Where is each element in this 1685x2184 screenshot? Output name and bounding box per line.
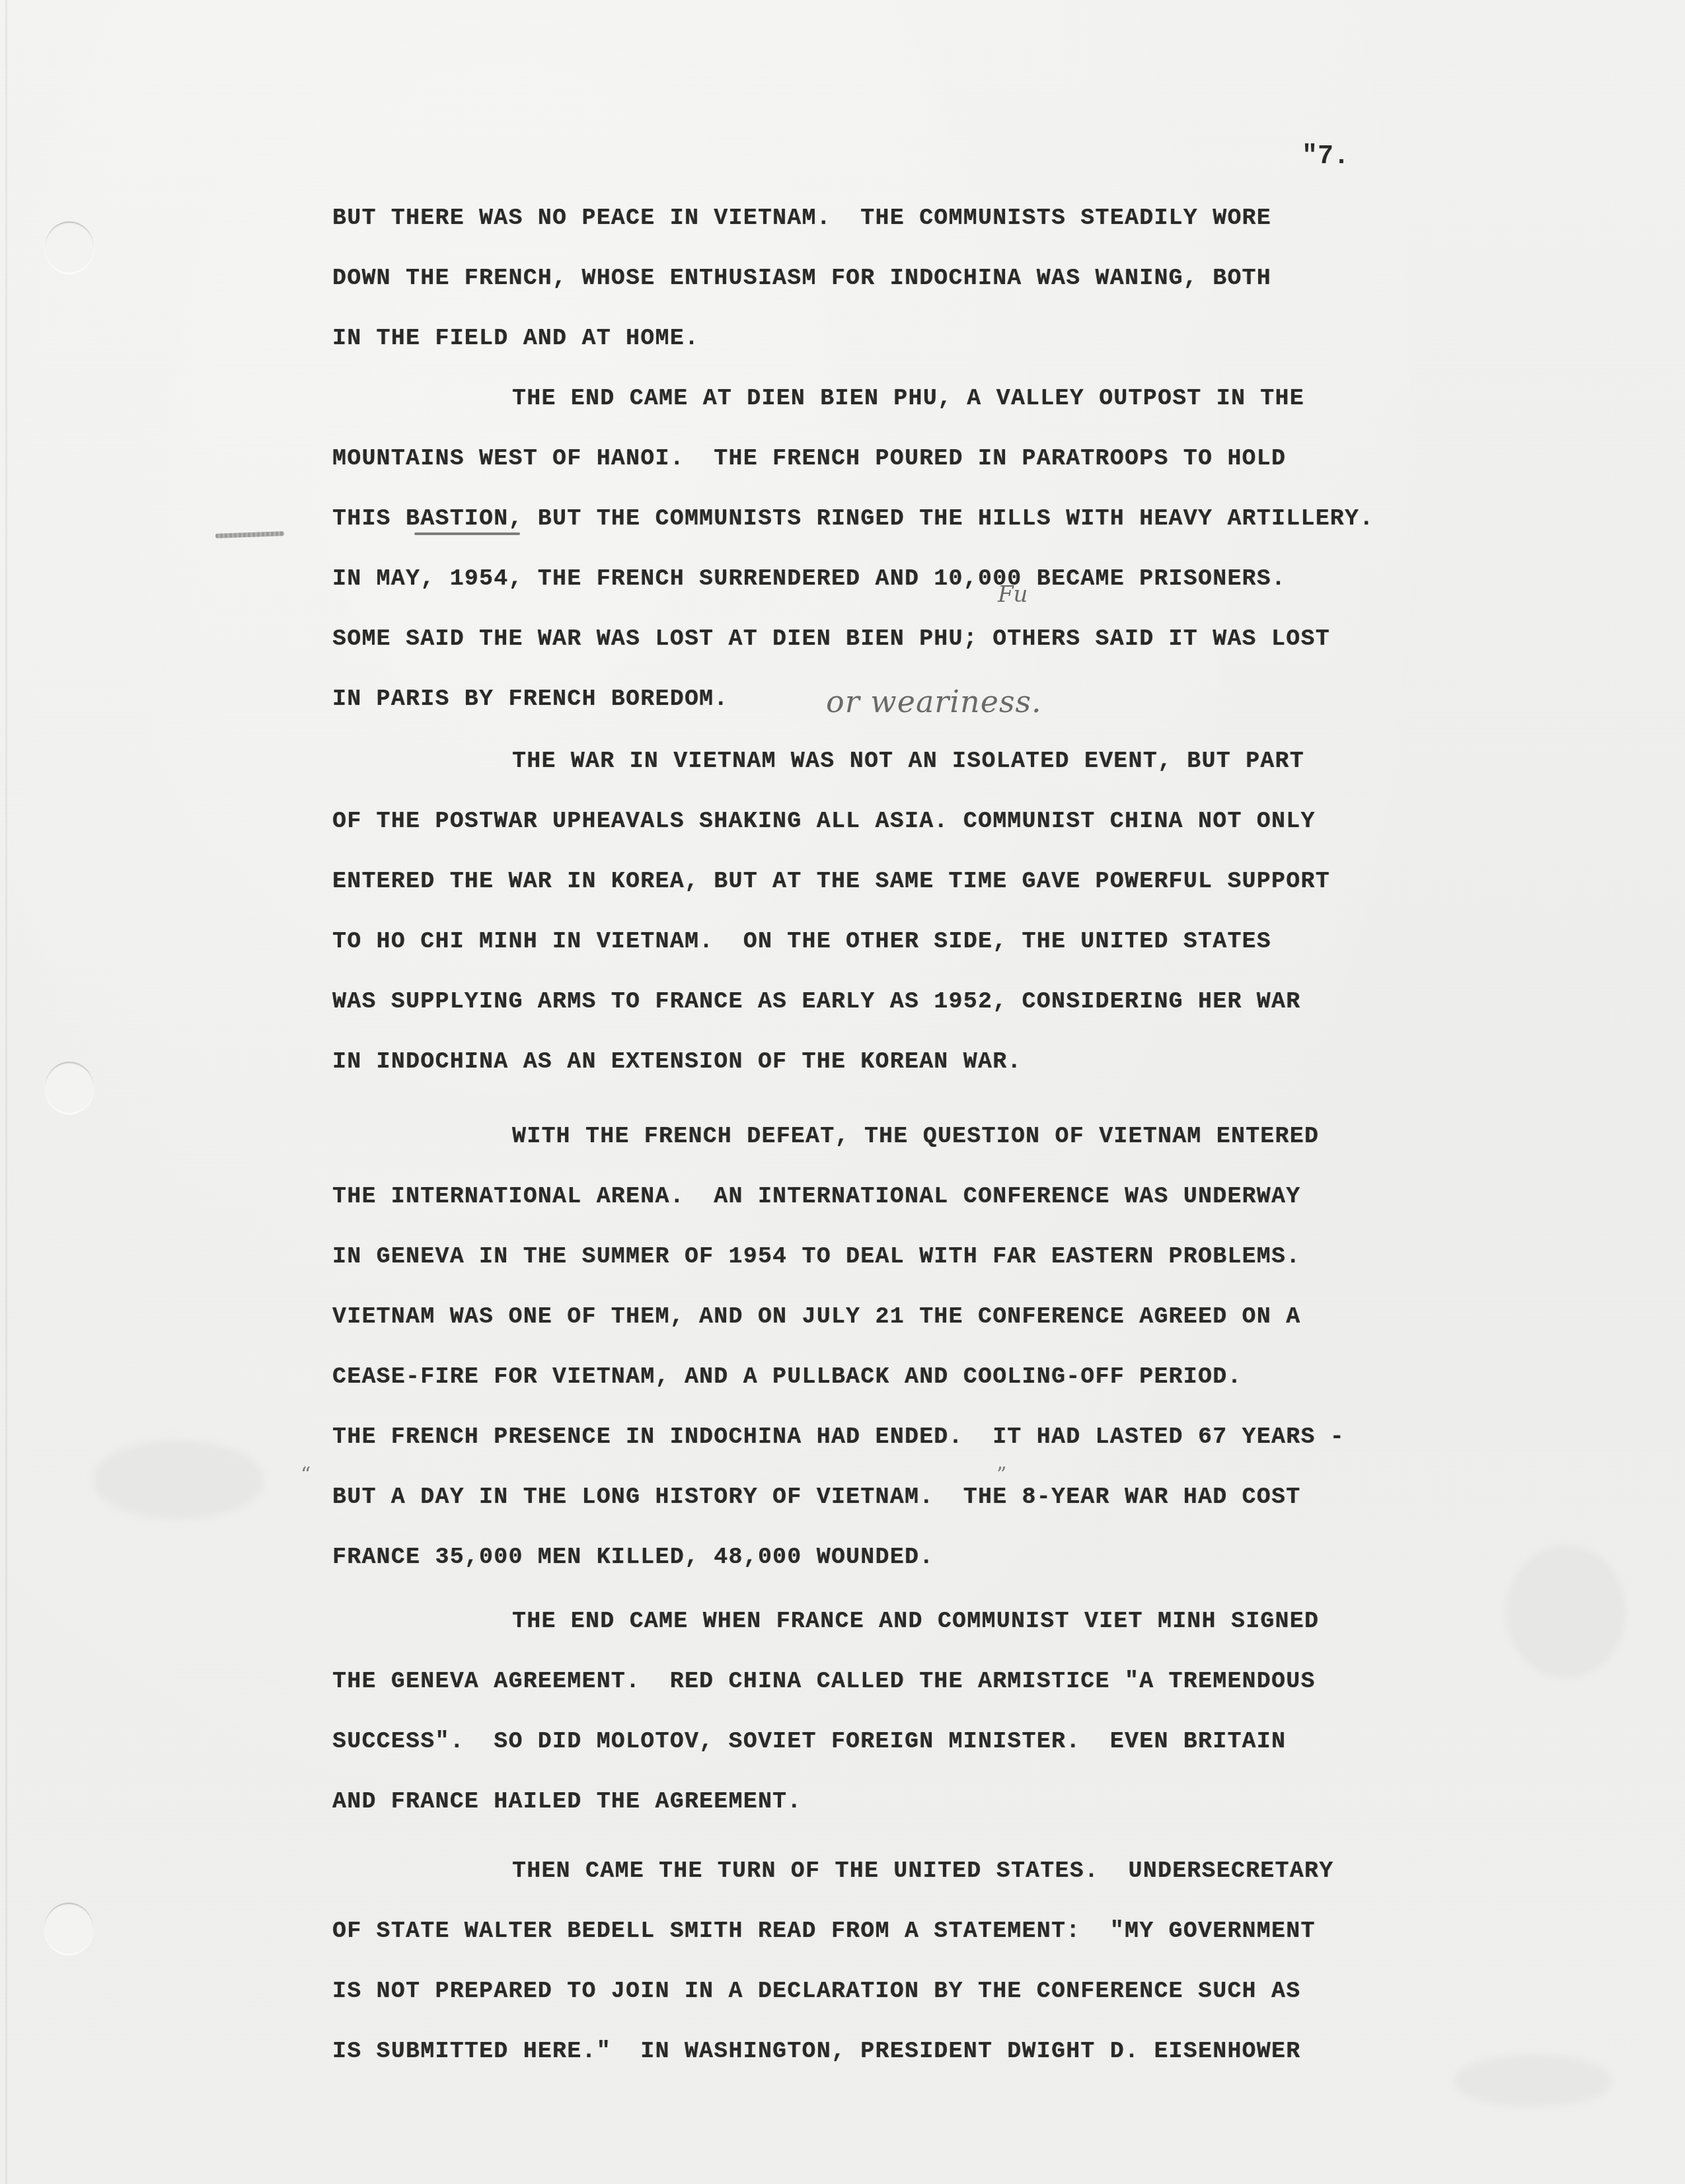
- text-line: IN INDOCHINA AS AN EXTENSION OF THE KORE…: [332, 1048, 1022, 1075]
- handwritten-correction-fu: Fu: [998, 581, 1028, 608]
- smudge: [1454, 2055, 1612, 2107]
- text-line: OF THE POSTWAR UPHEAVALS SHAKING ALL ASI…: [332, 808, 1316, 834]
- text-line: CEASE-FIRE FOR VIETNAM, AND A PULLBACK A…: [332, 1364, 1242, 1390]
- text-line: VIETNAM WAS ONE OF THEM, AND ON JULY 21 …: [332, 1303, 1300, 1330]
- text-line: BUT THERE WAS NO PEACE IN VIETNAM. THE C…: [332, 205, 1271, 231]
- text-line: THE WAR IN VIETNAM WAS NOT AN ISOLATED E…: [512, 748, 1304, 774]
- hole-punch-bottom: [44, 1903, 93, 1954]
- page-number: "7.: [1302, 142, 1349, 172]
- handwritten-open-quote: “: [301, 1463, 311, 1486]
- text-line: ENTERED THE WAR IN KOREA, BUT AT THE SAM…: [332, 868, 1330, 894]
- text-line: THEN CAME THE TURN OF THE UNITED STATES.…: [512, 1858, 1333, 1884]
- text-line: THE INTERNATIONAL ARENA. AN INTERNATIONA…: [332, 1183, 1300, 1210]
- margin-pencil-mark: [215, 531, 284, 538]
- text-line: IN GENEVA IN THE SUMMER OF 1954 TO DEAL …: [332, 1243, 1300, 1270]
- text-line: IS SUBMITTED HERE." IN WASHINGTON, PRESI…: [332, 2038, 1300, 2064]
- typed-body-text: BUT THERE WAS NO PEACE IN VIETNAM. THE C…: [0, 0, 59, 1163]
- text-line: IN MAY, 1954, THE FRENCH SURRENDERED AND…: [332, 565, 1286, 592]
- handwritten-close-quote: ”: [996, 1463, 1006, 1486]
- text-line: IS NOT PREPARED TO JOIN IN A DECLARATION…: [332, 1978, 1300, 2004]
- text-line: SUCCESS". SO DID MOLOTOV, SOVIET FOREIGN…: [332, 1728, 1286, 1755]
- text-line: FRANCE 35,000 MEN KILLED, 48,000 WOUNDED…: [332, 1544, 934, 1570]
- text-line: SOME SAID THE WAR WAS LOST AT DIEN BIEN …: [332, 626, 1330, 652]
- smudge: [93, 1440, 264, 1519]
- text-line: THIS BASTION, BUT THE COMMUNISTS RINGED …: [332, 505, 1374, 532]
- text-line: THE FRENCH PRESENCE IN INDOCHINA HAD END…: [332, 1424, 1345, 1450]
- text-line: TO HO CHI MINH IN VIETNAM. ON THE OTHER …: [332, 928, 1271, 955]
- text-line: THE GENEVA AGREEMENT. RED CHINA CALLED T…: [332, 1668, 1316, 1694]
- text-line: AND FRANCE HAILED THE AGREEMENT.: [332, 1788, 802, 1815]
- text-line: OF STATE WALTER BEDELL SMITH READ FROM A…: [332, 1918, 1316, 1944]
- text-line: BUT A DAY IN THE LONG HISTORY OF VIETNAM…: [332, 1484, 1300, 1510]
- text-line: WAS SUPPLYING ARMS TO FRANCE AS EARLY AS…: [332, 988, 1300, 1015]
- underline-bastion: [414, 532, 520, 535]
- text-line: MOUNTAINS WEST OF HANOI. THE FRENCH POUR…: [332, 445, 1286, 472]
- document-page: "7. BUT THERE WAS NO PEACE IN VIETNAM. T…: [0, 0, 1685, 2184]
- text-line: WITH THE FRENCH DEFEAT, THE QUESTION OF …: [512, 1123, 1319, 1149]
- text-line: THE END CAME AT DIEN BIEN PHU, A VALLEY …: [512, 385, 1304, 412]
- text-line: DOWN THE FRENCH, WHOSE ENTHUSIASM FOR IN…: [332, 265, 1271, 291]
- text-line: IN PARIS BY FRENCH BOREDOM.: [332, 686, 729, 712]
- text-line: THE END CAME WHEN FRANCE AND COMMUNIST V…: [512, 1608, 1319, 1634]
- smudge: [1507, 1546, 1626, 1678]
- text-line: IN THE FIELD AND AT HOME.: [332, 325, 699, 351]
- handwritten-addition-weariness: or weariness.: [826, 684, 1042, 719]
